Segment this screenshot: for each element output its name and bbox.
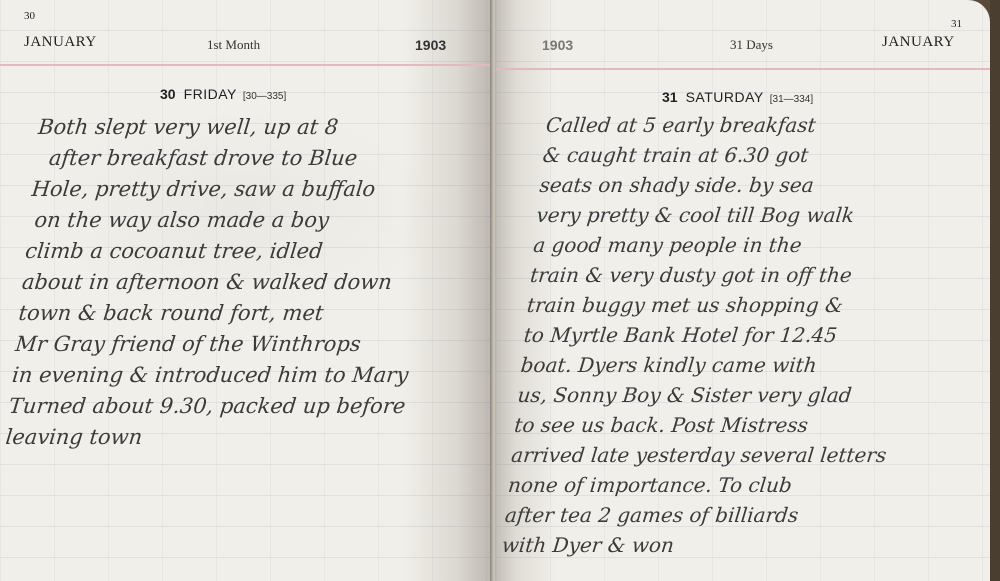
day-number: 30 (160, 86, 176, 102)
day-number: 31 (662, 89, 678, 105)
handwritten-entry: Both slept very well, up at 8 after brea… (0, 112, 492, 453)
entry-line: Both slept very well, up at 8 (37, 112, 492, 143)
page-number: 31 (951, 18, 962, 30)
entry-line: us, Sonny Boy & Sister very glad (516, 380, 985, 410)
entry-line: to see us back. Post Mistress (513, 410, 982, 440)
month-subtitle: 31 Days (730, 37, 773, 53)
month-header: JANUARY (24, 34, 97, 51)
entry-line: Turned about 9.30, packed up before (7, 391, 480, 422)
month-subtitle: 1st Month (207, 37, 260, 53)
entry-line: after breakfast drove to Blue (33, 143, 492, 174)
day-name: FRIDAY (184, 86, 237, 102)
entry-line: & caught train at 6.30 got (541, 140, 990, 170)
entry-line: Mr Gray friend of the Winthrops (14, 329, 487, 360)
entry-line: Hole, pretty drive, saw a buffalo (30, 174, 492, 205)
entry-line: climb a cocoanut tree, idled (24, 236, 492, 267)
year-header: 1903 (542, 37, 573, 53)
entry-line: very pretty & cool till Bog walk (535, 200, 990, 230)
entry-line: leaving town (4, 422, 477, 453)
header-rule (496, 68, 990, 70)
left-page: 30 JANUARY 1st Month 1903 30FRIDAY[30—33… (0, 0, 492, 581)
entry-line: on the way also made a boy (27, 205, 492, 236)
day-range: [31—334] (770, 94, 813, 105)
entry-line: none of importance. To club (507, 470, 976, 500)
entry-line: boat. Dyers kindly came with (519, 350, 988, 380)
month-header: JANUARY (882, 34, 955, 51)
entry-line: a good many people in the (532, 230, 990, 260)
entry-line: Called at 5 early breakfast (544, 110, 990, 140)
handwritten-entry: Called at 5 early breakfast & caught tra… (496, 110, 990, 560)
diary-spread: 30 JANUARY 1st Month 1903 30FRIDAY[30—33… (0, 0, 1000, 581)
page-number: 30 (24, 10, 35, 22)
entry-line: in evening & introduced him to Mary (11, 360, 484, 391)
day-name: SATURDAY (686, 89, 764, 105)
day-heading: 31SATURDAY[31—334] (662, 89, 813, 105)
entry-line: town & back round fort, met (17, 298, 490, 329)
entry-line: with Dyer & won (500, 530, 969, 560)
entry-line: seats on shady side. by sea (538, 170, 990, 200)
header-rule (0, 64, 492, 66)
day-range: [30—335] (243, 91, 286, 102)
entry-line: arrived late yesterday several letters (510, 440, 979, 470)
entry-line: train & very dusty got in off the (529, 260, 990, 290)
entry-line: train buggy met us shopping & (526, 290, 990, 320)
year-header: 1903 (415, 37, 446, 53)
right-page: 1903 31 Days 31 JANUARY 31SATURDAY[31—33… (496, 0, 990, 581)
book-cover-edge (990, 0, 1000, 581)
day-heading: 30FRIDAY[30—335] (160, 86, 286, 102)
entry-line: after tea 2 games of billiards (504, 500, 973, 530)
entry-line: to Myrtle Bank Hotel for 12.45 (522, 320, 990, 350)
entry-line: about in afternoon & walked down (20, 267, 492, 298)
